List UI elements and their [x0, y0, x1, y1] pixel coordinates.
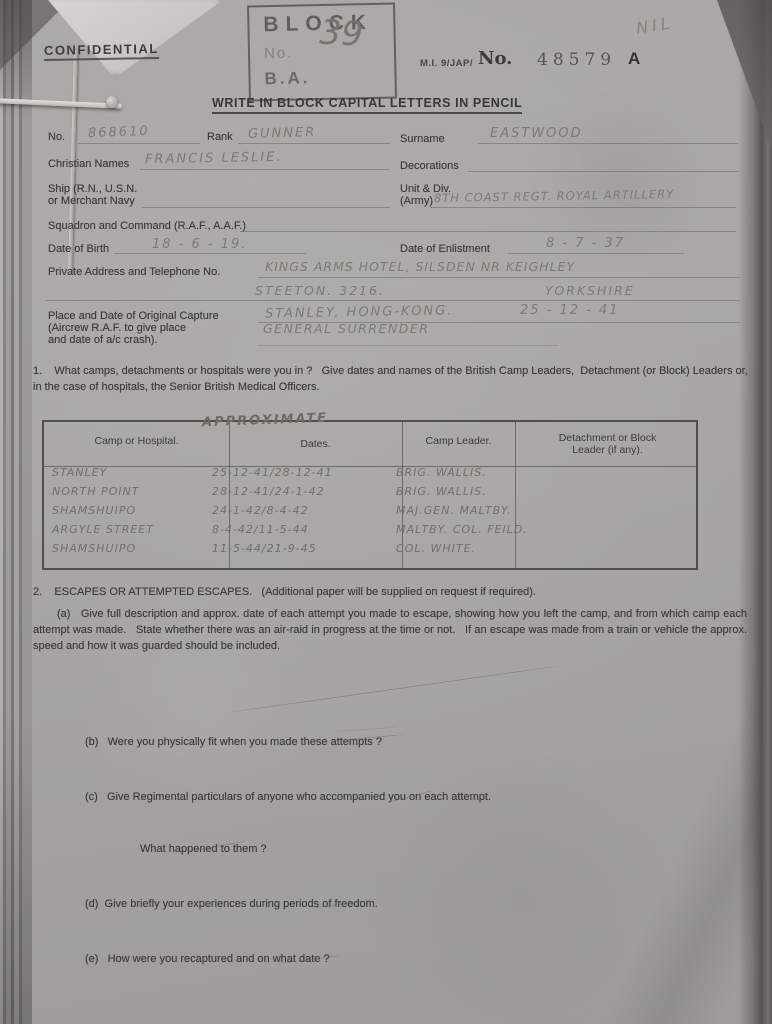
question-1-text: 1. What camps, detachments or hospitals … — [33, 363, 749, 395]
surname-label: Surname — [400, 133, 445, 146]
leader-cell: COL. WHITE. — [396, 542, 476, 555]
field-underline — [46, 300, 740, 301]
page-stack-left-edge — [0, 0, 32, 1024]
mi9-reference-label: M.I. 9/JAP/ — [420, 58, 473, 69]
camp-cell: ARGYLE STREET — [52, 523, 154, 536]
service-number-label: No. — [48, 131, 65, 144]
question-2e-text: (e) How were you recaptured and on what … — [85, 951, 330, 967]
decorations-label: Decorations — [400, 160, 459, 173]
question-2a-text: (a) Give full description and approx. da… — [33, 606, 747, 654]
rank-label: Rank — [207, 131, 233, 144]
table-header-detachment-line1: Detachment or Block — [515, 432, 700, 444]
block-stamp-ba: B.A. — [264, 68, 310, 89]
camp-cell: STANLEY — [52, 466, 107, 479]
field-underline — [508, 253, 684, 254]
field-underline — [114, 253, 306, 254]
question-2b-text: (b) Were you physically fit when you mad… — [85, 734, 382, 750]
table-row: SHAMSHUIPO 24-1-42/8-4-42 MAJ.GEN. MALTB… — [44, 504, 696, 523]
table-row: NORTH POINT 28-12-41/24-1-42 BRIG. WALLI… — [44, 485, 696, 504]
page-stack-right-edge — [738, 0, 772, 1024]
table-row: ARGYLE STREET 8-4-42/11-5-44 MALTBY. COL… — [44, 523, 696, 542]
leader-cell: BRIG. WALLIS. — [396, 485, 487, 498]
binding-string-knot — [106, 96, 118, 108]
field-underline — [240, 231, 736, 232]
leader-cell: BRIG. WALLIS. — [396, 466, 487, 479]
capture-date-value: 25 - 12 - 41 — [520, 303, 620, 318]
series-letter: A — [628, 49, 640, 69]
camp-cell: NORTH POINT — [52, 485, 140, 498]
capture-detail-value: GENERAL SURRENDER — [263, 321, 429, 336]
camps-table: APPROXIMATE Camp or Hospital. Dates. Cam… — [42, 420, 698, 570]
approximate-annotation: APPROXIMATE — [202, 411, 329, 430]
table-header-detachment-line2: Leader (if any). — [515, 444, 700, 456]
private-address-value-county: YORKSHIRE — [545, 283, 635, 298]
capture-label-line3: and date of a/c crash). — [48, 334, 157, 347]
leader-cell: MALTBY. COL. FEILD. — [396, 523, 528, 536]
field-underline — [430, 207, 736, 208]
field-underline — [258, 277, 740, 278]
block-stamp-handwritten-number: 39 — [319, 13, 364, 55]
serial-no-label: No. — [478, 48, 512, 69]
surname-value: EASTWOOD — [490, 126, 583, 141]
field-underline — [140, 169, 390, 170]
table-row: STANLEY 25-12-41/28-12-41 BRIG. WALLIS. — [44, 466, 696, 485]
table-row: SHAMSHUIPO 11-5-44/21-9-45 COL. WHITE. — [44, 542, 696, 561]
squadron-command-label: Squadron and Command (R.A.F., A.A.F.) — [48, 220, 246, 233]
dates-cell: 25-12-41/28-12-41 — [212, 466, 333, 479]
document-photo: CONFIDENTIAL BLOCK No. B.A. 39 M.I. 9/JA… — [0, 0, 772, 1024]
date-of-enlistment-value: 8 - 7 - 37 — [546, 236, 625, 251]
field-underline — [478, 143, 738, 144]
date-of-enlistment-label: Date of Enlistment — [400, 243, 490, 256]
camp-cell: SHAMSHUIPO — [52, 542, 136, 555]
block-stamp-box: BLOCK No. B.A. 39 — [247, 2, 397, 101]
table-header-dates: Dates. — [229, 438, 402, 450]
field-underline — [142, 207, 390, 208]
serial-number-stamp: 48579 — [537, 50, 616, 70]
field-underline — [78, 143, 200, 144]
field-underline — [258, 345, 558, 346]
private-address-label: Private Address and Telephone No. — [48, 266, 220, 279]
dates-cell: 24-1-42/8-4-42 — [212, 504, 309, 517]
date-of-birth-value: 18 - 6 - 19. — [152, 237, 247, 252]
ship-label-line2: or Merchant Navy — [48, 195, 135, 208]
christian-names-label: Christian Names — [48, 158, 129, 171]
section-2-heading: 2. ESCAPES OR ATTEMPTED ESCAPES. (Additi… — [33, 584, 749, 600]
dates-cell: 8-4-42/11-5-44 — [212, 523, 309, 536]
leader-cell: MAJ.GEN. MALTBY. — [396, 504, 512, 517]
camp-cell: SHAMSHUIPO — [52, 504, 136, 517]
private-address-value-line1: KINGS ARMS HOTEL, SILSDEN NR KEIGHLEY — [265, 259, 575, 274]
christian-names-value: FRANCIS LESLIE. — [145, 150, 283, 167]
table-header-camp: Camp or Hospital. — [44, 435, 229, 447]
table-header-leader: Camp Leader. — [402, 435, 515, 447]
rank-value: GUNNER — [248, 125, 317, 142]
block-stamp-no: No. — [264, 45, 294, 63]
confidential-stamp: CONFIDENTIAL — [44, 41, 159, 61]
field-underline — [468, 171, 738, 172]
form-instruction-heading: WRITE IN BLOCK CAPITAL LETTERS IN PENCIL — [212, 96, 522, 114]
service-number-value: 868610 — [88, 124, 150, 141]
dates-cell: 11-5-44/21-9-45 — [212, 542, 317, 555]
date-of-birth-label: Date of Birth — [48, 243, 109, 256]
unit-div-label-line2: (Army) — [400, 195, 433, 208]
private-address-value-line2: STEETON. 3216. — [255, 283, 385, 298]
dates-cell: 28-12-41/24-1-42 — [212, 485, 325, 498]
field-underline — [238, 143, 390, 144]
